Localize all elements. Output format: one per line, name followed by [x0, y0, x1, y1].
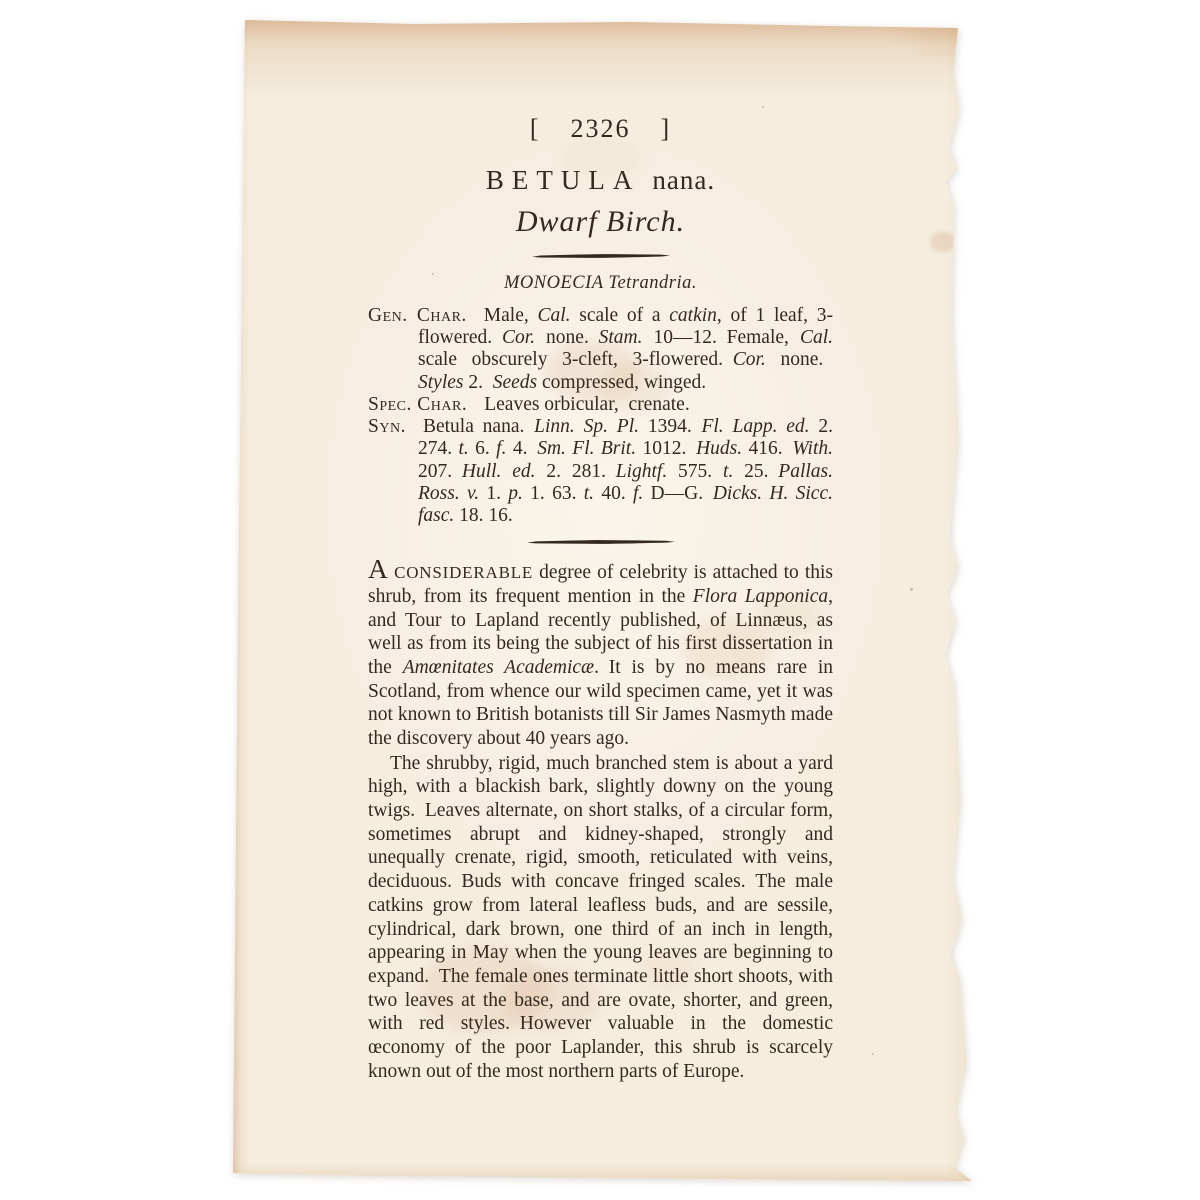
body-paragraph: The shrubby, rigid, much branched stem i… — [368, 752, 833, 1084]
page-shadow: [ 2326 ] BETULAnana. Dwarf Birch. MONOEC… — [232, 18, 977, 1185]
lead-small-caps: CONSIDERABLE — [388, 563, 533, 582]
entry-label: Syn. — [368, 416, 406, 437]
synonyms-entry: Syn.Betula nana. Linn. Sp. Pl. 1394. Fl.… — [368, 416, 833, 527]
entry-label: Gen. Char. — [368, 305, 467, 326]
species-epithet: nana. — [652, 165, 715, 195]
entry-text: Betula nana. Linn. Sp. Pl. 1394. Fl. Lap… — [418, 416, 833, 526]
scan-background: [ 2326 ] BETULAnana. Dwarf Birch. MONOEC… — [0, 0, 1200, 1200]
specific-character-entry: Spec. Char.Leaves orbicular, crenate. — [368, 394, 833, 416]
entry-text: Leaves orbicular, crenate. — [484, 394, 689, 415]
entry-label: Spec. Char. — [368, 394, 467, 415]
species-title: BETULAnana. — [368, 165, 833, 196]
classification-line: MONOECIA Tetrandria. — [368, 273, 833, 294]
generic-character-entry: Gen. Char.Male, Cal. scale of a catkin, … — [368, 305, 833, 394]
genus-name: BETULA — [486, 165, 640, 195]
character-entries: Gen. Char.Male, Cal. scale of a catkin, … — [368, 305, 833, 527]
entry-text: Male, Cal. scale of a catkin, of 1 leaf,… — [418, 305, 833, 393]
book-page: [ 2326 ] BETULAnana. Dwarf Birch. MONOEC… — [232, 18, 977, 1185]
page-content: [ 2326 ] BETULAnana. Dwarf Birch. MONOEC… — [232, 18, 977, 1083]
paragraph-text: degree of celebrity is attached to this … — [368, 562, 833, 749]
divider-rule — [531, 253, 669, 258]
common-name: Dwarf Birch. — [368, 205, 833, 239]
body-paragraph: A CONSIDERABLE degree of celebrity is at… — [368, 561, 833, 751]
divider-rule — [526, 540, 674, 545]
page-number: [ 2326 ] — [368, 114, 833, 144]
lead-capital: A — [368, 553, 388, 584]
